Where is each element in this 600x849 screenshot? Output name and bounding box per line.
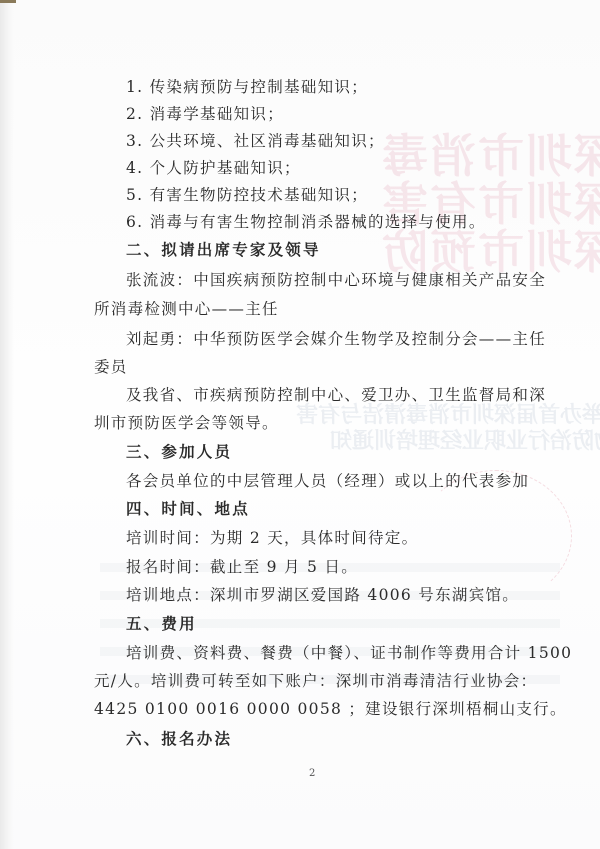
- other-leaders-line: 圳市预防医学会等领导。: [94, 413, 279, 433]
- list-item: 6. 消毒与有害生物控制消杀器械的选择与使用。: [126, 212, 486, 232]
- expert-zhang-line: 张流波：中国疾病预防控制中心环境与健康相关产品安全: [126, 270, 546, 290]
- participants-text: 各会员单位的中层管理人员（经理）或以上的代表参加: [126, 471, 529, 491]
- list-item: 4. 个人防护基础知识；: [126, 158, 301, 178]
- registration-time: 报名时间：截止至 9 月 5 日。: [126, 557, 358, 577]
- page-number: 2: [309, 768, 315, 779]
- expert-liu-line: 刘起勇：中华预防医学会媒介生物学及控制分会——主任: [126, 329, 546, 349]
- list-item: 1. 传染病预防与控制基础知识；: [126, 77, 368, 97]
- scanned-page: 深圳市消毒清洁行业协会 深圳市有害生物防治协会 深圳市预防医学会 关于联合举办首…: [0, 0, 600, 849]
- list-item: 2. 消毒学基础知识；: [126, 104, 284, 124]
- section-heading-fees: 五、费用: [126, 614, 197, 634]
- training-location: 培训地点：深圳市罗湖区爱国路 4006 号东湖宾馆。: [126, 585, 519, 605]
- training-time: 培训时间：为期 2 天，具体时间待定。: [126, 528, 418, 548]
- scan-edge-shadow: [0, 0, 14, 849]
- bank-account-line: 4425 0100 0016 0000 0058 ；建设银行深圳梧桐山支行。: [94, 699, 567, 719]
- fees-line: 培训费、资料费、餐费（中餐）、证书制作等费用合计 1500: [126, 643, 572, 663]
- list-item: 3. 公共环境、社区消毒基础知识；: [126, 131, 385, 151]
- expert-liu-line: 委员: [94, 357, 128, 377]
- section-heading-registration: 六、报名办法: [126, 729, 232, 749]
- section-heading-time-place: 四、时间、地点: [126, 499, 250, 519]
- bleed-through-title-2: 生物防治行业职业经理培训通知: [330, 424, 600, 455]
- section-heading-experts: 二、拟请出席专家及领导: [126, 240, 321, 260]
- fees-line: 元/人。培训费可转至如下账户：深圳市消毒清洁行业协会：: [94, 671, 537, 691]
- list-item: 5. 有害生物防控技术基础知识；: [126, 185, 368, 205]
- scan-corner-mark: [0, 0, 16, 3]
- other-leaders-line: 及我省、市疾病预防控制中心、爱卫办、卫生监督局和深: [126, 385, 546, 405]
- expert-zhang-line: 所消毒检测中心——主任: [94, 299, 279, 319]
- section-heading-participants: 三、参加人员: [126, 442, 232, 462]
